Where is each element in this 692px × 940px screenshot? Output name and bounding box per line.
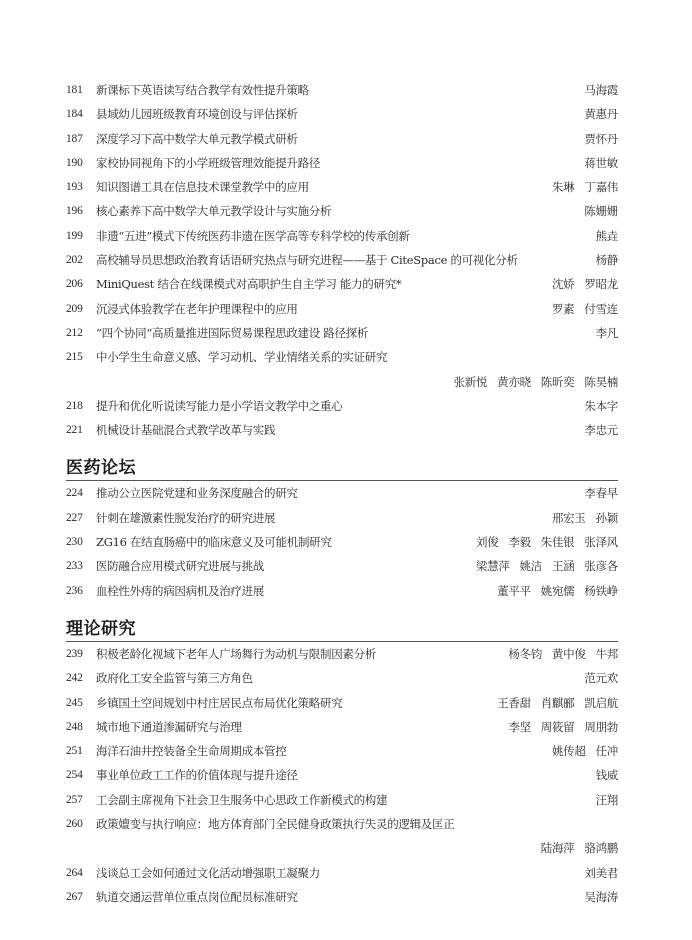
article-authors: 李春早 (576, 481, 618, 505)
author-name: 范元欢 (584, 671, 618, 685)
author-name: 吴海涛 (584, 890, 618, 904)
author-name: 张泽风 (584, 535, 618, 549)
page-number: 193 (66, 175, 96, 199)
article-authors: 李忠元 (576, 418, 618, 442)
page-number: 209 (66, 297, 96, 321)
toc-entry[interactable]: 245乡镇国土空间规划中村庄居民点布局优化策略研究王香甜肖麒郦凯启航 (66, 691, 618, 715)
article-title: 深度学习下高中数学大单元教学模式研析 (96, 127, 576, 151)
article-authors: 董平平姚宛儒杨铁峥 (489, 579, 618, 603)
author-name: 朱佳银 (541, 535, 575, 549)
article-title: MiniQuest 结合在线课模式对高职护生自主学习 能力的研究* (96, 272, 544, 296)
toc-entry-authors-continuation: 陆海萍骆鸿鹏 (66, 836, 618, 860)
article-title: ZG16 在结直肠癌中的临床意义及可能机制研究 (96, 530, 468, 554)
page-number: 181 (66, 78, 96, 102)
author-name: 丁嘉伟 (584, 180, 618, 194)
article-authors: 梁慧萍姚洁王涵张彦各 (468, 554, 618, 578)
toc-entry[interactable]: 202高校辅导员思想政治教育话语研究热点与研究进程——基于 CiteSpace … (66, 248, 618, 272)
toc-entry[interactable]: 212 “四个协同“高质量推进国际贸易课程思政建设 路径探析李凡 (66, 321, 618, 345)
article-title: 核心素养下高中数学大单元教学设计与实施分析 (96, 199, 576, 223)
author-name: 张彦各 (584, 559, 618, 573)
article-title: 县域幼儿园班级教育环境创设与评估探析 (96, 102, 576, 126)
page-number: 245 (66, 691, 96, 715)
toc-section: 181新课标下英语读写结合教学有效性提升策略马海霞184县域幼儿园班级教育环境创… (66, 78, 618, 442)
article-title: 医防融合应用模式研究进展与挑战 (96, 554, 468, 578)
article-authors: 姚传超任冲 (544, 739, 618, 763)
author-name: 张新悦 (454, 375, 488, 389)
section-header: 理论研究 (66, 617, 618, 642)
author-name: 黄亦晓 (497, 375, 531, 389)
page-number: 218 (66, 394, 96, 418)
page-number: 227 (66, 506, 96, 530)
article-title: 中小学生生命意义感、学习动机、学业情绪关系的实证研究 (96, 345, 610, 369)
author-name: 蒋世敏 (584, 156, 618, 170)
toc-entry[interactable]: 221机械设计基础混合式教学改革与实践李忠元 (66, 418, 618, 442)
page-number: 233 (66, 554, 96, 578)
author-name: 马海霞 (584, 83, 618, 97)
page-number: 196 (66, 199, 96, 223)
author-name: 任冲 (596, 744, 618, 758)
page-number: 248 (66, 715, 96, 739)
toc-entry[interactable]: 242政府化工安全监管与第三方角色范元欢 (66, 666, 618, 690)
article-title: 城市地下通道渗漏研究与治理 (96, 715, 500, 739)
article-authors: 钱威 (588, 763, 618, 787)
article-authors: 朱琳丁嘉伟 (544, 175, 618, 199)
author-name: 熊垚 (596, 229, 618, 243)
toc-entry[interactable]: 251海洋石油井控装备全生命周期成本管控姚传超任冲 (66, 739, 618, 763)
author-name: 陆海萍 (541, 841, 575, 855)
article-authors: 杨冬钧黄中俊牛邦 (500, 642, 618, 666)
page-number: 239 (66, 642, 96, 666)
article-title: 海洋石油井控装备全生命周期成本管控 (96, 739, 544, 763)
author-name: 钱威 (596, 768, 618, 782)
page-number: 251 (66, 739, 96, 763)
toc-entry[interactable]: 233医防融合应用模式研究进展与挑战梁慧萍姚洁王涵张彦各 (66, 554, 618, 578)
author-name: 李春早 (584, 486, 618, 500)
article-authors: 李坚周筱留周朋勃 (500, 715, 618, 739)
toc-entry[interactable]: 215中小学生生命意义感、学习动机、学业情绪关系的实证研究 (66, 345, 618, 369)
toc-entry[interactable]: 199非遗“五进”模式下传统医药非遗在医学高等专科学校的传承创新熊垚 (66, 224, 618, 248)
author-name: 王香甜 (497, 696, 531, 710)
article-authors: 汪翔 (588, 788, 618, 812)
author-name: 付雪连 (584, 302, 618, 316)
toc-entry[interactable]: 264浅谈总工会如何通过文化活动增强职工凝聚力刘美君 (66, 861, 618, 885)
author-name: 朱本字 (584, 399, 618, 413)
page-number: 267 (66, 885, 96, 909)
page-number: 221 (66, 418, 96, 442)
author-name: 姚宛儒 (541, 584, 575, 598)
page-number: 264 (66, 861, 96, 885)
author-name: 李坚 (508, 720, 530, 734)
author-name: 梁慧萍 (476, 559, 510, 573)
page-number: 257 (66, 788, 96, 812)
toc-entry[interactable]: 184县域幼儿园班级教育环境创设与评估探析黄惠丹 (66, 102, 618, 126)
toc-entry[interactable]: 227针刺在雄激素性脱发治疗的研究进展邢宏玉孙颖 (66, 506, 618, 530)
author-name: 罗昭龙 (584, 277, 618, 291)
author-name: 李凡 (596, 326, 618, 340)
article-title: 浅谈总工会如何通过文化活动增强职工凝聚力 (96, 861, 576, 885)
article-title: 非遗“五进”模式下传统医药非遗在医学高等专科学校的传承创新 (96, 224, 588, 248)
article-authors: 朱本字 (576, 394, 618, 418)
toc-entry[interactable]: 187深度学习下高中数学大单元教学模式研析贾怀丹 (66, 127, 618, 151)
section-header: 医药论坛 (66, 456, 618, 481)
article-title: 轨道交通运营单位重点岗位配员标准研究 (96, 885, 576, 909)
article-title: 新课标下英语读写结合教学有效性提升策略 (96, 78, 576, 102)
article-title: 针刺在雄激素性脱发治疗的研究进展 (96, 506, 544, 530)
article-title: 机械设计基础混合式教学改革与实践 (96, 418, 576, 442)
author-name: 骆鸿鹏 (584, 841, 618, 855)
toc-entry[interactable]: 206MiniQuest 结合在线课模式对高职护生自主学习 能力的研究*沈娇罗昭… (66, 272, 618, 296)
author-name: 陈姗姗 (584, 204, 618, 218)
article-authors: 邢宏玉孙颖 (544, 506, 618, 530)
author-name: 黄惠丹 (584, 107, 618, 121)
toc-section: 医药论坛224推动公立医院党建和业务深度融合的研究李春早227针刺在雄激素性脱发… (66, 456, 618, 602)
author-name: 邢宏玉 (552, 511, 586, 525)
article-authors: 罗素付雪连 (544, 297, 618, 321)
article-authors: 杨静 (588, 248, 618, 272)
author-name: 罗素 (552, 302, 574, 316)
article-title: 政策嬗变与执行响应：地方体育部门全民健身政策执行失灵的逻辑及匡正 (96, 812, 610, 836)
page-number: 230 (66, 530, 96, 554)
article-authors: 陈姗姗 (576, 199, 618, 223)
article-title: 政府化工安全监管与第三方角色 (96, 666, 576, 690)
author-name: 李忠元 (584, 423, 618, 437)
article-title: 知识图谱工具在信息技术课堂教学中的应用 (96, 175, 544, 199)
author-name: 王涵 (552, 559, 574, 573)
article-title: 推动公立医院党建和业务深度融合的研究 (96, 481, 576, 505)
article-title: 乡镇国土空间规划中村庄居民点布局优化策略研究 (96, 691, 489, 715)
article-authors: 范元欢 (576, 666, 618, 690)
author-name: 朱琳 (552, 180, 574, 194)
toc-entry[interactable]: 181新课标下英语读写结合教学有效性提升策略马海霞 (66, 78, 618, 102)
author-name: 周筱留 (541, 720, 575, 734)
toc-entry[interactable]: 257工会副主席视角下社会卫生服务中心思政工作新模式的构建汪翔 (66, 788, 618, 812)
article-title: 提升和优化听说读写能力是小学语文教学中之重心 (96, 394, 576, 418)
author-name: 周朋勃 (584, 720, 618, 734)
article-title: 高校辅导员思想政治教育话语研究热点与研究进程——基于 CiteSpace 的可视… (96, 248, 588, 272)
author-name: 陈昊楠 (584, 375, 618, 389)
article-authors: 熊垚 (588, 224, 618, 248)
page-number: 215 (66, 345, 96, 369)
page-number: 187 (66, 127, 96, 151)
article-title: 血栓性外痔的病因病机及治疗进展 (96, 579, 489, 603)
page-number: 260 (66, 812, 96, 836)
page-number: 242 (66, 666, 96, 690)
author-name: 姚传超 (552, 744, 586, 758)
toc-entry[interactable]: 230ZG16 在结直肠癌中的临床意义及可能机制研究刘俊李毅朱佳银张泽风 (66, 530, 618, 554)
article-authors: 沈娇罗昭龙 (544, 272, 618, 296)
author-name: 杨静 (596, 253, 618, 267)
toc-entry[interactable]: 193知识图谱工具在信息技术课堂教学中的应用朱琳丁嘉伟 (66, 175, 618, 199)
article-authors: 李凡 (588, 321, 618, 345)
article-authors: 刘美君 (576, 861, 618, 885)
author-name: 刘美君 (584, 866, 618, 880)
page-number: 199 (66, 224, 96, 248)
author-name: 姚洁 (520, 559, 542, 573)
article-authors: 吴海涛 (576, 885, 618, 909)
article-title: 家校协同视角下的小学班级管理效能提升路径 (96, 151, 576, 175)
article-authors: 王香甜肖麒郦凯启航 (489, 691, 618, 715)
article-authors: 马海霞 (576, 78, 618, 102)
article-title: “四个协同“高质量推进国际贸易课程思政建设 路径探析 (96, 321, 588, 345)
toc-entry[interactable]: 209沉浸式体验教学在老年护理课程中的应用罗素付雪连 (66, 297, 618, 321)
page-number: 202 (66, 248, 96, 272)
article-title: 沉浸式体验教学在老年护理课程中的应用 (96, 297, 544, 321)
author-name: 李毅 (508, 535, 530, 549)
table-of-contents: 181新课标下英语读写结合教学有效性提升策略马海霞184县域幼儿园班级教育环境创… (66, 78, 618, 909)
page-number: 184 (66, 102, 96, 126)
toc-entry[interactable]: 267轨道交通运营单位重点岗位配员标准研究吴海涛 (66, 885, 618, 909)
author-name: 贾怀丹 (584, 132, 618, 146)
author-name: 牛邦 (596, 647, 618, 661)
author-name: 杨冬钧 (508, 647, 542, 661)
toc-entry[interactable]: 254事业单位政工工作的价值体现与提升途径钱威 (66, 763, 618, 787)
page-number: 212 (66, 321, 96, 345)
author-name: 陈昕奕 (541, 375, 575, 389)
article-authors: 张新悦黄亦晓陈昕奕陈昊楠 (446, 370, 618, 394)
author-name: 凯启航 (584, 696, 618, 710)
toc-entry[interactable]: 248城市地下通道渗漏研究与治理李坚周筱留周朋勃 (66, 715, 618, 739)
toc-entry[interactable]: 196核心素养下高中数学大单元教学设计与实施分析陈姗姗 (66, 199, 618, 223)
author-name: 黄中俊 (552, 647, 586, 661)
toc-entry[interactable]: 236血栓性外痔的病因病机及治疗进展董平平姚宛儒杨铁峥 (66, 579, 618, 603)
author-name: 沈娇 (552, 277, 574, 291)
article-title: 工会副主席视角下社会卫生服务中心思政工作新模式的构建 (96, 788, 588, 812)
toc-entry[interactable]: 260政策嬗变与执行响应：地方体育部门全民健身政策执行失灵的逻辑及匡正 (66, 812, 618, 836)
page-number: 224 (66, 481, 96, 505)
article-authors: 蒋世敏 (576, 151, 618, 175)
article-authors: 陆海萍骆鸿鹏 (533, 836, 618, 860)
article-title: 事业单位政工工作的价值体现与提升途径 (96, 763, 588, 787)
article-title: 积极老龄化视域下老年人广场舞行为动机与限制因素分析 (96, 642, 500, 666)
author-name: 汪翔 (596, 793, 618, 807)
author-name: 杨铁峥 (584, 584, 618, 598)
author-name: 董平平 (497, 584, 531, 598)
toc-entry[interactable]: 224推动公立医院党建和业务深度融合的研究李春早 (66, 481, 618, 505)
page-number: 254 (66, 763, 96, 787)
page-number: 236 (66, 579, 96, 603)
toc-entry[interactable]: 239积极老龄化视域下老年人广场舞行为动机与限制因素分析杨冬钧黄中俊牛邦 (66, 642, 618, 666)
author-name: 孙颖 (596, 511, 618, 525)
page-number: 206 (66, 272, 96, 296)
toc-entry[interactable]: 190家校协同视角下的小学班级管理效能提升路径蒋世敏 (66, 151, 618, 175)
toc-entry[interactable]: 218提升和优化听说读写能力是小学语文教学中之重心朱本字 (66, 394, 618, 418)
author-name: 肖麒郦 (541, 696, 575, 710)
page-number: 190 (66, 151, 96, 175)
article-authors: 黄惠丹 (576, 102, 618, 126)
toc-entry-authors-continuation: 张新悦黄亦晓陈昕奕陈昊楠 (66, 370, 618, 394)
author-name: 刘俊 (476, 535, 498, 549)
article-authors: 刘俊李毅朱佳银张泽风 (468, 530, 618, 554)
article-authors: 贾怀丹 (576, 127, 618, 151)
toc-section: 理论研究239积极老龄化视域下老年人广场舞行为动机与限制因素分析杨冬钧黄中俊牛邦… (66, 617, 618, 909)
